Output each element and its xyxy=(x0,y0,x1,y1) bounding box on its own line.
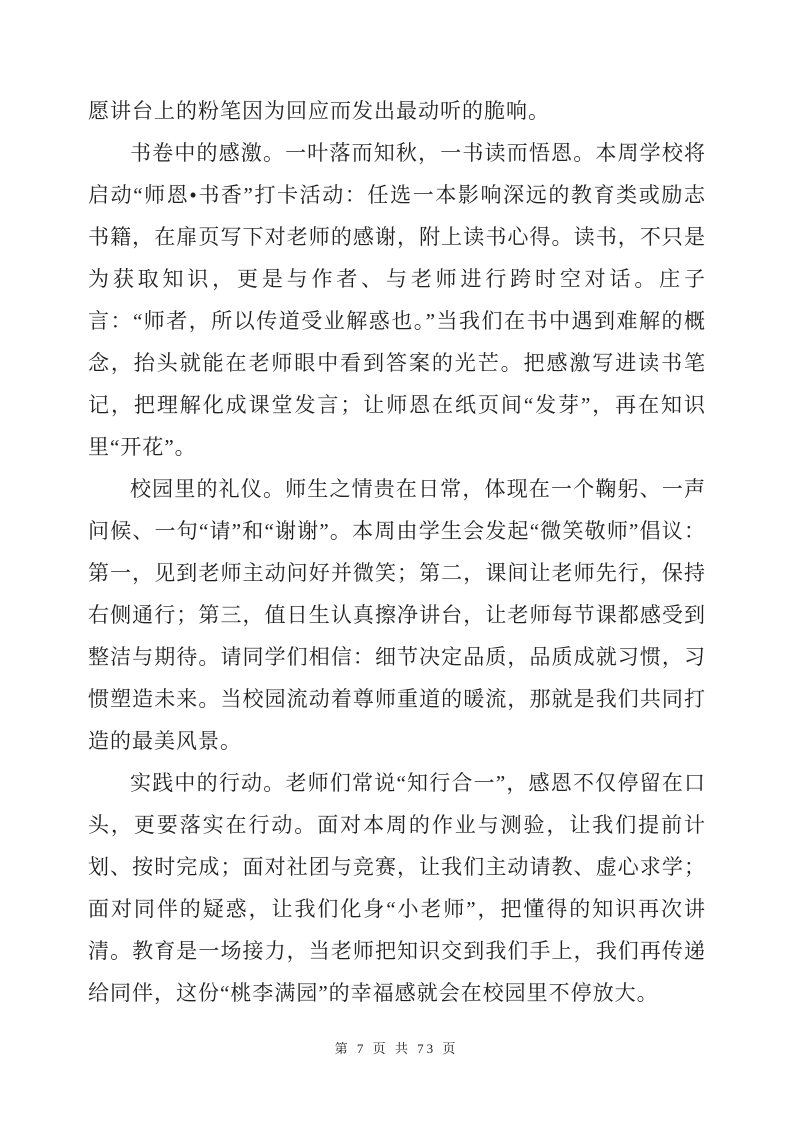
page-number: 第 7 页 共 73 页 xyxy=(335,1041,459,1056)
paragraph: 愿讲台上的粉笔因为回应而发出最动听的脆响。 xyxy=(88,90,706,132)
paragraph: 书卷中的感激。一叶落而知秋，一书读而悟恩。本周学校将启动“师恩•书香”打卡活动：… xyxy=(88,132,706,468)
page-footer: 第 7 页 共 73 页 xyxy=(0,1038,793,1057)
document-body: 愿讲台上的粉笔因为回应而发出最动听的脆响。 书卷中的感激。一叶落而知秋，一书读而… xyxy=(88,90,706,1014)
document-page: 愿讲台上的粉笔因为回应而发出最动听的脆响。 书卷中的感激。一叶落而知秋，一书读而… xyxy=(0,0,793,1122)
paragraph: 实践中的行动。老师们常说“知行合一”，感恩不仅停留在口头，更要落实在行动。面对本… xyxy=(88,762,706,1014)
paragraph: 校园里的礼仪。师生之情贵在日常，体现在一个鞠躬、一声问候、一句“请”和“谢谢”。… xyxy=(88,468,706,762)
